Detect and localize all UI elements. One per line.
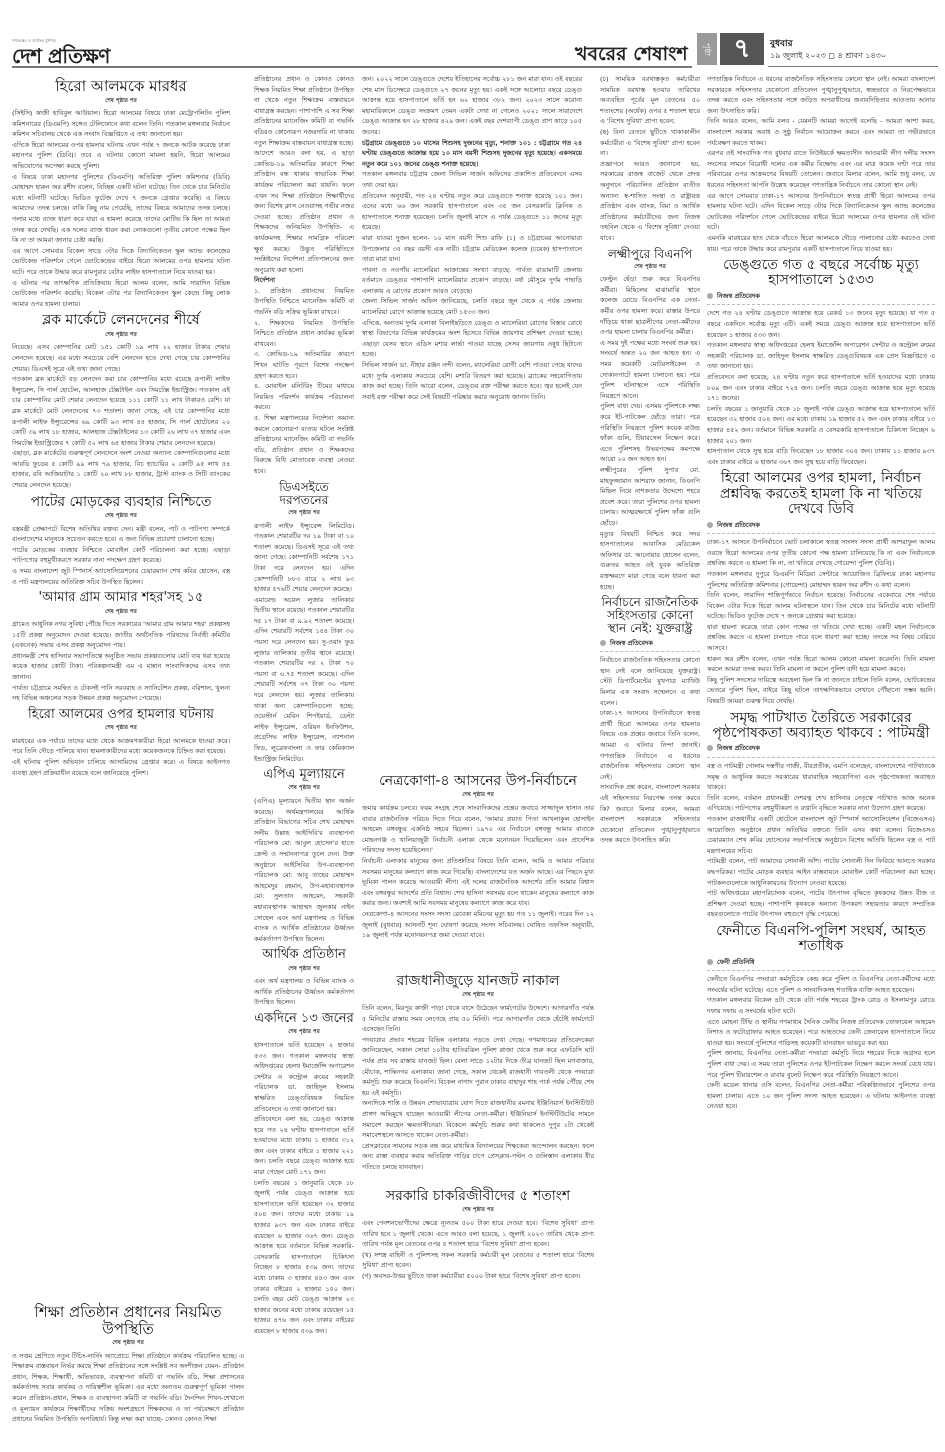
headline: হিরো আলমকে মারধর bbox=[12, 78, 230, 95]
continued-label: শেষ পৃষ্ঠার পর bbox=[254, 783, 354, 794]
page-label: পৃষ্ঠা bbox=[697, 33, 717, 65]
headline: 'আমার গ্রাম আমার শহর'সহ ১৫ bbox=[12, 591, 230, 605]
byline-text: নিজস্ব প্রতিবেদক bbox=[717, 292, 760, 300]
continued-label: শেষ পৃষ্ঠার পর bbox=[12, 511, 230, 522]
byline: নিজস্ব প্রতিবেদক bbox=[707, 743, 935, 758]
paragraph: পার্বত্য চট্টগ্রামে সমন্বিত ও টেকসই পানি… bbox=[12, 683, 230, 704]
paragraph: তিনি আরও বলেন, আমি বলব - যেমনটি আমরা আগে… bbox=[707, 116, 935, 148]
paragraph: এরপর ওই সাংবাদিক গত বুধবার রাতে নিউইয়র্… bbox=[707, 148, 935, 190]
paragraph: তিনি বলেন, বর্তমান প্রধানমন্ত্রী দেশরত্ন… bbox=[707, 793, 935, 814]
page-number: ৭ bbox=[720, 33, 764, 65]
weekday: বুধবার bbox=[770, 38, 886, 50]
paragraph: অন্যদিকে শান্তি ও উন্নয়ন শোভাযাত্রায় য… bbox=[362, 1098, 594, 1140]
bullet-icon bbox=[600, 640, 606, 646]
headline: হিরো আলমের ওপর হামলা, নির্বাচন প্রশ্নবিদ… bbox=[707, 471, 935, 517]
paragraph: হারুন অর রশীদ বলেন, এখন পর্যন্ত হিরো আলম… bbox=[707, 654, 935, 675]
paragraph: তিনি বলেন, মিরপুর কাজী পাড়া থেকে বাসে উ… bbox=[362, 1003, 594, 1035]
continued-label: শেষ পৃষ্ঠার পর bbox=[254, 1027, 354, 1038]
article-block-market[interactable]: ব্লক মার্কেটে লেনদেনের শীর্ষে শেষ পৃষ্ঠা… bbox=[12, 313, 230, 490]
column-right: গণতান্ত্রিক নির্বাচনে এ ধরনের রাজনৈতিক স… bbox=[707, 74, 935, 1444]
article-capital-jam[interactable]: রাজধানীজুড়ে যানজট নাকাল শেষ পৃষ্ঠার পর … bbox=[362, 970, 594, 1185]
paragraph: এমারেল্ড অয়েল লুজার তালিকার দ্বিতীয় স্… bbox=[254, 595, 354, 765]
column-1: হিরো আলমকে মারধর শেষ পৃষ্ঠার পর (সিইসি) … bbox=[12, 74, 230, 1374]
byline: নিজস্ব প্রতিবেদক bbox=[707, 291, 935, 306]
paragraph: এছাড়া, ব্লক মার্কেটের গুরুত্বপূর্ণ লেনদ… bbox=[12, 448, 230, 490]
paragraph: ১. প্রতিষ্ঠান প্রধানদের নিয়মিত উপস্থিতি… bbox=[254, 286, 354, 318]
paragraph: ও সপ্তম শ্রেণিতে নতুন টিচিং-লার্নিং অ্যা… bbox=[12, 1351, 244, 1425]
headline: সমৃদ্ধ পাটখাত তৈরিতে সরকারের পৃষ্ঠপোষকতা… bbox=[707, 711, 935, 742]
date: ১৯ জুলাই ২০২৩ ◻ ৪ শ্রাবণ ১৪৩০ bbox=[770, 50, 886, 62]
paragraph: এই ঘটনায় পুলিশ অভিযান চালিয়ে আসামিদের … bbox=[12, 757, 230, 778]
paragraph: (সিইসি) কাজী হাবিবুল আউয়াল। হিরো আলমের … bbox=[12, 108, 230, 140]
paragraph: এবং পেনশনভোগীদের ক্ষেত্রে ন্যূনতম ৫০০ টা… bbox=[362, 1218, 594, 1250]
paragraph: এবং অর্থ মন্ত্রণালয় ও বিভিন্ন ব্যাংক ও … bbox=[254, 976, 354, 1008]
paragraph: (চ) সাময়িক বরখাস্তকৃত কর্মচারীরা সাময়ি… bbox=[600, 74, 700, 127]
continued-label: শেষ পৃষ্ঠার পর bbox=[12, 330, 230, 341]
byline: নিজস্ব প্রতিবেদক bbox=[707, 520, 935, 535]
headline: নির্বাচনে রাজনৈতিক সহিংসতার কোনো স্থান ন… bbox=[600, 596, 700, 636]
byline: ফেনী প্রতিনিধি bbox=[707, 957, 935, 972]
headline: ডেঙ্গুতে গত ৫ বছরে সর্বোচ্চ মৃত্যু হাসপা… bbox=[707, 258, 935, 289]
headline: নেত্রকোণা-৪ আসনের উপ-নির্বাচনে bbox=[362, 774, 594, 789]
paragraph: মারা যাওয়া দুজন হলেন- ১০ মাস বয়সী শিশু… bbox=[362, 233, 582, 265]
article-amar-gram[interactable]: 'আমার গ্রাম আমার শহর'সহ ১৫ শেষ পৃষ্ঠার প… bbox=[12, 591, 230, 704]
headline: ফেনীতে বিএনপি-পুলিশ সংঘর্ষ, আহত শতাধিক bbox=[707, 924, 935, 955]
paragraph: মৃত্যুর বিষয়টি নিশ্চিত করে সদর হাসপাতাল… bbox=[600, 529, 700, 593]
paragraph: এর আগে সোমবার ঢাকা-১৭ আসনের উপনির্বাচনে … bbox=[707, 191, 935, 233]
headline: পাটের মোড়কের ব্যবহার নিশ্চিতে bbox=[12, 495, 230, 510]
header-rule-right bbox=[768, 66, 938, 67]
article-education-attendance[interactable]: শিক্ষা প্রতিষ্ঠান প্রধানের নিয়মিত উপস্থ… bbox=[12, 1300, 244, 1445]
headline: হিরো আলমের ওপর হামলার ঘটনায় bbox=[12, 708, 230, 722]
article-dengue-5yr[interactable]: ডেঙ্গুতে গত ৫ বছরে সর্বোচ্চ মৃত্যু হাসপা… bbox=[707, 258, 935, 467]
headline: রাজধানীজুড়ে যানজট নাকাল bbox=[362, 974, 594, 989]
article-hero-alam[interactable]: হিরো আলমকে মারধর শেষ পৃষ্ঠার পর (সিইসি) … bbox=[12, 78, 230, 309]
byline: নিজস্ব প্রতিবেদক bbox=[600, 638, 700, 653]
paragraph: ২. শিক্ষকদের নিয়মিত উপস্থিতি নিশ্চিতে প… bbox=[254, 318, 354, 350]
continued-label: শেষ পৃষ্ঠার পর bbox=[362, 990, 594, 1001]
paragraph: ৫. শিক্ষা মন্ত্রণালয়ের নির্দেশনা অমান্য… bbox=[254, 413, 354, 477]
paragraph: গতকাল মঙ্গলবার বিকেল ৪টা থেকে ৫টা পর্যন্… bbox=[707, 995, 935, 1016]
headline: ব্লক মার্কেটে লেনদেনের শীর্ষে bbox=[12, 313, 230, 328]
paragraph: ৪. মোবাইল মনিটরিং টিমের মাধ্যমে নিয়মিত … bbox=[254, 381, 354, 413]
paragraph: প্রতিষ্ঠানের প্রধান ও কোনও কোনও শিক্ষক ন… bbox=[254, 74, 354, 148]
paragraph: সিভিল সার্জন ডা. নীহার রঞ্জন নন্দী বলেন,… bbox=[362, 360, 582, 402]
paragraph: এর আগে সোমবার বিকেল সাড়ে ৩টার দিকে বিদ্… bbox=[12, 246, 230, 278]
paragraph: গতকাল মঙ্গলবার দুপুরে ডিএমপি মিডিয়া সেন… bbox=[707, 569, 935, 590]
headline: আর্থিক প্রতিষ্ঠান bbox=[254, 948, 354, 962]
dateline: বুধবার ১৯ জুলাই ২০২৩ ◻ ৪ শ্রাবণ ১৪৩০ bbox=[770, 38, 886, 62]
paragraph: আদেশে আরও বলা হয়, এ ছাড়া কোভিড-১৯ অতিম… bbox=[254, 148, 354, 275]
paragraph: প্রতিবেদনে বলা হয়েছে, ২৪ ঘণ্টায় নতুন ক… bbox=[707, 372, 935, 404]
paragraph: (গ) অবসর-উত্তর ছুটিতে থাকা কর্মচারীরা ৫০… bbox=[362, 1271, 594, 1282]
article-jute-minister[interactable]: সমৃদ্ধ পাটখাত তৈরিতে সরকারের পৃষ্ঠপোষকতা… bbox=[707, 711, 935, 920]
paragraph: গণতান্ত্রিক নির্বাচনে এ ধরনের রাজনৈতিক স… bbox=[707, 74, 935, 116]
continued-label: শেষ পৃষ্ঠার পর bbox=[600, 262, 700, 273]
continued-label: শেষ পৃষ্ঠার পর bbox=[254, 508, 354, 519]
article-govt-employees[interactable]: সরকারি চাকরিজীবীদের ৫ শতাংশ শেষ পৃষ্ঠার … bbox=[362, 1185, 594, 1445]
headline: একদিনে ১৩ জনের bbox=[254, 1012, 354, 1026]
paragraph: দেশে গত ২৪ ঘণ্টায় ডেঙ্গুতে আক্রান্ত হয়… bbox=[707, 308, 935, 340]
headline: লক্ষ্মীপুরে বিএনপি bbox=[600, 248, 700, 261]
paragraph: যারা হামলা করেছে তারা কোন পক্ষের তা খতিয… bbox=[707, 622, 935, 654]
paragraph: সাংবাদিক প্রশ্ন করেন, বাংলাদেশ সরকার এই … bbox=[600, 782, 700, 846]
paragraph: এ বিষয়ে ঢাকা মহানগর পুলিশের (ডিএমপি) অত… bbox=[12, 172, 230, 246]
paragraph: মারধরের এক পর্যায়ে তাদের মধ্যে থেকে আক্… bbox=[12, 736, 230, 757]
article-netrokona[interactable]: নেত্রকোণা-৪ আসনের উপ-নির্বাচনে শেষ পৃষ্ঠ… bbox=[362, 770, 594, 970]
paragraph: প্রতিবেদনে বলা হয়, ডেঙ্গু আক্রান্ত হয়ে… bbox=[254, 1114, 354, 1178]
paragraph: নির্বাচনে রাজনৈতিক সহিংসতার কোনো স্থান ন… bbox=[600, 655, 700, 708]
paragraph: এদিকে, অন্যতম দুর্গম এলাকা বিলাইছড়িতে ড… bbox=[362, 318, 582, 360]
paragraph: নিয়েছে। এসব কোম্পানির মোট ১৫১ কোটি ১৯ ল… bbox=[12, 342, 230, 374]
column-4: (চ) সাময়িক বরখাস্তকৃত কর্মচারীরা সাময়ি… bbox=[600, 74, 700, 1444]
article-dse-fall[interactable]: ডিএসইতে দরপতনের শেষ পৃষ্ঠার পর রূপালী লা… bbox=[254, 481, 354, 765]
headline: সরকারি চাকরিজীবীদের ৫ শতাংশ bbox=[362, 1189, 594, 1204]
paragraph: এতে মোহনা টিভি ও স্থানীয় গণমাধ্যম দৈনিক… bbox=[707, 1017, 935, 1049]
newspaper-logo[interactable]: দেশ প্রতিক্ষণ bbox=[12, 42, 110, 75]
article-education-continued[interactable]: প্রতিষ্ঠানের প্রধান ও কোনও কোনও শিক্ষক ন… bbox=[254, 74, 354, 477]
paragraph: পুলিশ জানায়, বিএনপির নেতা-কর্মীরা পদযাত… bbox=[707, 1048, 935, 1080]
paragraph: নেত্রকোণা-৪ আসনের সংসদ সদস্য রেবেকা মমিন… bbox=[362, 909, 594, 941]
bullet-icon bbox=[707, 293, 713, 299]
headline: ডিএসইতে দরপতনের bbox=[254, 481, 354, 507]
headline: শিক্ষা প্রতিষ্ঠান প্রধানের নিয়মিত উপস্থ… bbox=[12, 1304, 244, 1337]
paragraph: চলতি বছরের ১ জানুয়ারি থেকে ১৮ জুলাই পর্… bbox=[707, 404, 935, 446]
article-salary-continued[interactable]: (চ) সাময়িক বরখাস্তকৃত কর্মচারীরা সাময়ি… bbox=[600, 74, 700, 244]
paragraph: (এপিএ) মূল্যায়নে দ্বিতীয় স্থান অর্জন ক… bbox=[254, 796, 354, 944]
paragraph: জেলা সিভিল সার্জন অফিস জানিয়েছে, চলতি ব… bbox=[362, 296, 582, 317]
article-apa-evaluation[interactable]: এপিএ মূল্যায়নে শেষ পৃষ্ঠার পর (এপিএ) মূ… bbox=[254, 768, 354, 944]
paragraph: জন। ২০২২ সালে ডেঙ্গুতে দেশের ইতিহাসের সর… bbox=[362, 74, 582, 138]
header-rule bbox=[12, 66, 692, 68]
article-one-day-13[interactable]: একদিনে ১৩ জনের শেষ পৃষ্ঠার পর হাসপাতালে … bbox=[254, 1012, 354, 1337]
paragraph: এ সময় দুই পক্ষের মধ্যে সংঘর্ষ শুরু হয়।… bbox=[600, 338, 700, 402]
paragraph: এ ঘটনার পর তাৎক্ষণিক প্রতিক্রিয়ায় হিরো… bbox=[12, 278, 230, 310]
bullet-icon bbox=[707, 959, 713, 965]
paragraph: প্রেসক্লাবের সামনের সড়ক বন্ধ করে মাধ্যম… bbox=[362, 1141, 594, 1173]
paragraph: ফেনীতে বিএনপির পদযাত্রা কর্মসূচিকে কেন্দ… bbox=[707, 974, 935, 995]
paragraph: পাট অধিদপ্তরের মহাপরিচালক বলেন, পাটের উৎ… bbox=[707, 888, 935, 920]
byline-text: নিজস্ব প্রতিবেদক bbox=[717, 521, 760, 529]
paragraph: লক্ষ্মীপুরের পুলিশ সুপার মো. মাহফুজ্জামা… bbox=[600, 465, 700, 529]
paragraph: ঢাকা-১৭ আসনে উপনির্বাচনে ভোট চলাকালে স্ব… bbox=[707, 537, 935, 569]
paragraph: পাটের মোড়কের ব্যবহার নিশ্চিতে মোবাইল কো… bbox=[12, 545, 230, 566]
paragraph: রূপালী লাইফ ইন্স্যুরেন্স লিমিটেড। গতকাল … bbox=[254, 521, 354, 595]
continued-label: শেষ পৃষ্ঠার পর bbox=[12, 1338, 244, 1349]
paragraph: পুলিশ বাধা দেয়। এসময় পুলিশকে লক্ষ্য কর… bbox=[600, 401, 700, 465]
article-us-violence-continued[interactable]: গণতান্ত্রিক নির্বাচনে এ ধরনের রাজনৈতিক স… bbox=[707, 74, 935, 254]
paragraph: চলতি বছরের ১ জানুয়ারি থেকে ১৮ জুলাই পর্… bbox=[254, 1178, 354, 1337]
article-dengue-continued[interactable]: জন। ২০২২ সালে ডেঙ্গুতে দেশের ইতিহাসের সর… bbox=[362, 74, 582, 774]
continued-label: শেষ পৃষ্ঠার পর bbox=[12, 96, 230, 107]
continued-label: শেষ পৃষ্ঠার পর bbox=[362, 790, 594, 801]
paragraph: (ছ) বিনা বেতনে ছুটিতে থাকাকালীন কর্মচারী… bbox=[600, 127, 700, 159]
paragraph: গতকাল রাজধানীর একটি হোটেলে বাংলাদেশ জুট … bbox=[707, 814, 935, 856]
paragraph: হাসপাতাল থেকে সুস্থ হয়ে বাড়ি ফিরেছেন ১… bbox=[707, 446, 935, 467]
column-2: প্রতিষ্ঠানের প্রধান ও কোনও কোনও শিক্ষক ন… bbox=[254, 74, 354, 1444]
article-hero-db[interactable]: হিরো আলমের ওপর হামলা, নির্বাচন প্রশ্নবিদ… bbox=[707, 471, 935, 706]
article-feni-clash[interactable]: ফেনীতে বিএনপি-পুলিশ সংঘর্ষ, আহত শতাধিক ফ… bbox=[707, 924, 935, 1112]
paragraph: প্রধানমন্ত্রী শেখ হাসিনার সভাপতিত্বে অনু… bbox=[12, 651, 230, 683]
byline-text: নিজস্ব প্রতিবেদক bbox=[717, 744, 760, 752]
byline-text: ফেনী প্রতিনিধি bbox=[717, 958, 755, 966]
paragraph: এমনকি মারধরের হাত থেকে বাঁচতে হিরো আলমকে… bbox=[707, 233, 935, 254]
paragraph: গতকাল ব্লক মার্কেটে বড় লেনদেন করা চার ক… bbox=[12, 374, 230, 448]
paragraph: ঢাকা-১৭ আসনের উপনির্বাচনে স্বতন্ত্র প্রা… bbox=[600, 708, 700, 782]
article-financial-institution[interactable]: আর্থিক প্রতিষ্ঠান শেষ পৃষ্ঠার পর এবং অর্… bbox=[254, 948, 354, 1008]
byline-text: নিজস্ব প্রতিবেদক bbox=[610, 639, 653, 647]
continued-label: শেষ পৃষ্ঠার পর bbox=[12, 607, 230, 618]
paragraph: বস্ত্রমন্ত্রী প্রেক্ষাপটে বিশেষ অতিথির ব… bbox=[12, 524, 230, 545]
paragraph: নির্দেশনা bbox=[254, 275, 354, 286]
article-jute-packaging[interactable]: পাটের মোড়কের ব্যবহার নিশ্চিতে শেষ পৃষ্ঠ… bbox=[12, 495, 230, 588]
paragraph: গতকাল মঙ্গলবার চট্টগ্রাম জেলা সিভিল সার্… bbox=[362, 169, 582, 190]
paragraph: চট্টগ্রামে ডেঙ্গুতে ১০ মাসের শিশুসহ দুজন… bbox=[362, 138, 582, 170]
article-us-violence[interactable]: নির্বাচনে রাজনৈতিক সহিংসতার কোনো স্থান ন… bbox=[600, 596, 700, 846]
paragraph: ফেস্টুন ছেঁড়া শুরু করে বিএনপির কর্মীরা।… bbox=[600, 274, 700, 338]
paragraph: ৩. কোভিড-১৯ অতিমারির কারণে শিখন ঘাটতি পূ… bbox=[254, 349, 354, 381]
paragraph: পাটমন্ত্রী বলেন, পাট আমাদের সোনালী আঁশ। … bbox=[707, 856, 935, 888]
continued-label: শেষ পৃষ্ঠার পর bbox=[362, 1205, 594, 1216]
article-lakshmipur[interactable]: লক্ষ্মীপুরে বিএনপি শেষ পৃষ্ঠার পর ফেস্টু… bbox=[600, 248, 700, 593]
paragraph: তিনি বলেন, সারাদিন শান্তিপূর্ণভাবে নির্ব… bbox=[707, 590, 935, 622]
article-hero-alam-attack[interactable]: হিরো আলমের ওপর হামলার ঘটনায় শেষ পৃষ্ঠার… bbox=[12, 708, 230, 778]
paragraph: এ সময় বাংলাদেশ জুট স্পিনার্স অ্যাসোসিয়… bbox=[12, 566, 230, 587]
paragraph: জমার কার্যক্রম চলবে। ফরম সংগ্রহ শেষে সাং… bbox=[362, 803, 594, 856]
paragraph: এদিকে হিরো আলমের ওপর হামলার ঘটনায় এখন প… bbox=[12, 140, 230, 172]
bullet-icon bbox=[707, 745, 713, 751]
paragraph: পাবনা ও নওগাঁয় ম্যালেরিয়া আক্রান্তের স… bbox=[362, 265, 582, 297]
paragraph: প্রজ্ঞাপনে আরও জানানো হয়, সরকারের রাজস্… bbox=[600, 159, 700, 244]
paragraph: কিছু পুলিশ সদস্যের দায়িত্বে অবহেলা ছিল … bbox=[707, 675, 935, 707]
continued-label: শেষ পৃষ্ঠার পর bbox=[254, 964, 354, 975]
paragraph: গতকাল মঙ্গলবার স্বাস্থ্য অধিদপ্তরের হেলথ… bbox=[707, 340, 935, 372]
paragraph: ফেনী মডেল থানার ওসি বলেন, বিএনপির নেতা-ক… bbox=[707, 1080, 935, 1112]
paragraph: (খ) সশস্ত্র বাহিনী ও পুলিশসহ সকল সরকারি … bbox=[362, 1250, 594, 1271]
bullet-icon bbox=[707, 522, 713, 528]
paragraph: পদযাত্রার প্রভাব শহরের বিভিন্ন এলাকায় প… bbox=[362, 1035, 594, 1099]
paragraph: প্রতিবেদন অনুযায়ী, গত ২৪ ঘণ্টায় নতুন ক… bbox=[362, 191, 582, 233]
paragraph: হাসপাতালে ভর্তি হয়েছেন ২ হাজার ৫৩৩ জন। … bbox=[254, 1040, 354, 1114]
paragraph: বস্ত্র ও পাটমন্ত্রী গোলাম দস্তগীর গাজী, … bbox=[707, 761, 935, 793]
headline: এপিএ মূল্যায়নে bbox=[254, 768, 354, 782]
paragraph: নির্বাচনী এলাকার মানুষের জন্য প্রতিশ্রুত… bbox=[362, 856, 594, 909]
continued-label: শেষ পৃষ্ঠার পর bbox=[12, 723, 230, 734]
masthead: গণতন্ত্রের ও প্রগতির মুখপত্র দেশ প্রতিক্… bbox=[0, 0, 945, 64]
paragraph: গ্রামেও আধুনিক নগর সুবিধা পৌঁছে দিতে সরক… bbox=[12, 619, 230, 651]
